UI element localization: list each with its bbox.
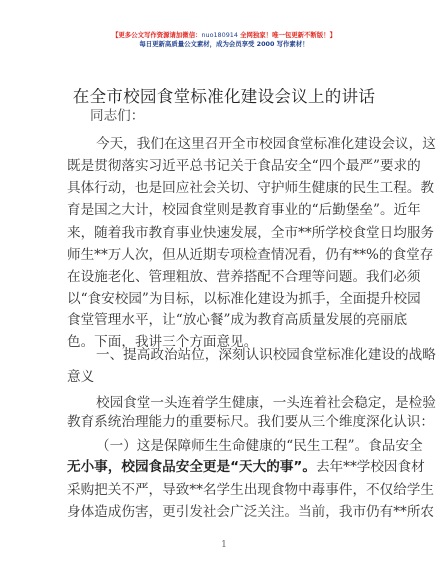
paragraph-line: 采购把关不严，导致**名学生出现食物中毒事件，不仅给学生 <box>67 480 383 500</box>
paragraph-line: 来，随着我市教育事业快速发展，全市**所学校食堂日均服务 <box>67 223 383 243</box>
paragraph-line: 既是贯彻落实习近平总书记关于食品安全“四个最严”要求的 <box>67 156 383 176</box>
promo-banner-prefix: 【更多公文写作资源请加微信： <box>112 31 201 39</box>
promo-banner-wechat-id: nuo180914 <box>201 31 237 39</box>
paragraph-line: 身体造成伤害，更引发社会广泛关注。当前，我市仍有**所农 <box>67 502 383 522</box>
paragraph-line: 具体行动，也是回应社会关切、守护师生健康的民生工程。教 <box>67 178 383 198</box>
paragraph-line: 育是国之大计，校园食堂则是教育事业的“后勤堡垒”。近年 <box>67 200 383 220</box>
salutation: 同志们： <box>90 106 406 126</box>
paragraph-line: 以“食安校园”为目标，以标准化建设为抓手，全面提升校园 <box>67 289 383 309</box>
document-title: 在全市校园食堂标准化建设会议上的讲话 <box>0 86 448 108</box>
paragraph-line: 在设施老化、管理粗放、营养搭配不合理等问题。我们必须 <box>67 267 383 287</box>
promo-banner-line-1: 【更多公文写作资源请加微信：nuo180914 全网独家！唯一包更新不断版！】 <box>0 31 448 40</box>
paragraph-line: 今天，我们在这里召开全市校园食堂标准化建设会议，这 <box>96 134 383 154</box>
paragraph-line: 食堂管理水平，让“放心餐”成为教育高质量发展的亮丽底 <box>67 310 383 330</box>
paragraph-line-mixed: 无小事，校园食品安全更是“天大的事”。去年**学校因食材 <box>67 457 383 477</box>
page-number: 1 <box>0 540 448 550</box>
section-heading-line: 一、提高政治站位，深刻认识校园食堂标准化建设的战略 <box>96 345 383 365</box>
promo-banner-suffix: 全网独家！唯一包更新不断版！】 <box>238 31 336 39</box>
promo-banner-line-2: 每日更新高质量公文素材，成为会员享受 2000 写作素材！ <box>0 40 448 49</box>
paragraph-line: 师生**万人次，但从近期专项检查情况看，仍有**%的食堂存 <box>67 245 383 265</box>
document-page: 【更多公文写作资源请加微信：nuo180914 全网独家！唯一包更新不断版！】 … <box>0 0 448 580</box>
paragraph-line: 校园食堂一头连着学生健康，一头连着社会稳定，是检验 <box>96 393 383 413</box>
paragraph-text: 去年**学校因食材 <box>316 459 425 475</box>
paragraph-line: 教育系统治理能力的重要标尺。我们要从三个维度深化认识： <box>67 412 383 432</box>
emphasis-text: 无小事，校园食品安全更是“天大的事”。 <box>67 459 316 475</box>
subsection-heading-line: （一）这是保障师生生命健康的“民生工程”。食品安全 <box>96 436 383 456</box>
section-heading-line: 意义 <box>67 367 383 387</box>
